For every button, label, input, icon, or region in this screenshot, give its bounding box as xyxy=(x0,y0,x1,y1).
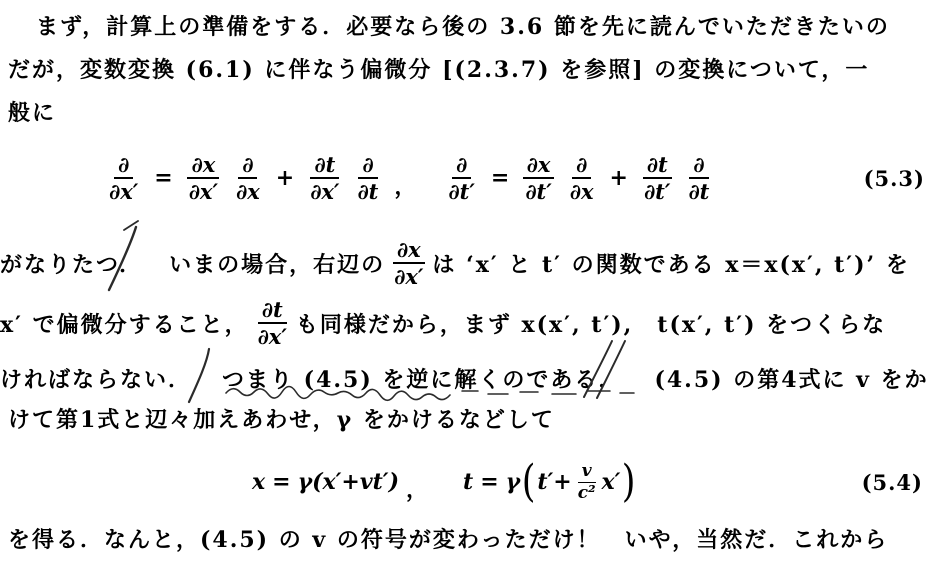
left-parenthesis: ( xyxy=(522,462,536,502)
text-segment: いまの場合，右辺の xyxy=(169,248,385,279)
fraction: ∂∂x′ xyxy=(105,153,142,203)
fraction-numerator: ∂x xyxy=(393,238,425,264)
fraction-denominator: ∂t′ xyxy=(640,179,674,203)
gamma-symbol: γ xyxy=(506,469,521,495)
plus-sign: + xyxy=(610,165,628,191)
fraction: ∂∂t xyxy=(353,153,382,203)
equation-5-3: ∂∂x′ = ∂x∂x′ ∂∂x + ∂t∂x′ ∂∂t ， ∂∂t′ = ∂x… xyxy=(100,142,925,214)
text-segment: ければならない． xyxy=(0,363,192,394)
fraction-denominator: ∂t′ xyxy=(521,179,555,203)
fraction-numerator: ∂x xyxy=(187,153,219,179)
text-segment: x′ で偏微分すること， xyxy=(0,308,249,339)
text-segment: は ‘x′ と t′ の関数である x＝x(x′, t′)’ を xyxy=(432,248,909,279)
pencil-tick-icon xyxy=(124,221,138,230)
fraction: ∂t∂t′ xyxy=(640,153,674,203)
fraction-denominator: c² xyxy=(574,483,600,503)
fraction: ∂x∂x′ xyxy=(390,238,427,288)
text-segment: も同様だから，まず x(x′, t′), t(x′, t′) をつくらな xyxy=(296,308,886,339)
fraction-numerator: ∂ xyxy=(238,153,257,179)
fraction-numerator: ∂x xyxy=(523,153,555,179)
fraction: ∂x∂t′ xyxy=(521,153,555,203)
text-segment: つまり (4.5) を逆に解くのである． xyxy=(222,363,622,394)
fraction: ∂∂t xyxy=(684,153,713,203)
paragraph-line: だが，変数変換 (6.1) に伴なう偏微分 [(2.3.7) を参照] の変換に… xyxy=(8,56,869,85)
fraction: ∂∂t′ xyxy=(444,153,478,203)
paragraph-line: がなりたつ． いまの場合，右辺の ∂x∂x′ は ‘x′ と t′ の関数である… xyxy=(0,234,910,292)
right-parenthesis: ) xyxy=(622,462,636,502)
fraction-numerator: ∂t xyxy=(310,153,339,179)
fraction-numerator: ∂ xyxy=(689,153,708,179)
paragraph-line: まず，計算上の準備をする．必要なら後の 3.6 節を先に読んでいただきたいの xyxy=(36,13,890,42)
equation-number: (5.3) xyxy=(864,166,925,191)
fraction-denominator: ∂x′ xyxy=(306,179,343,203)
text-segment: がなりたつ． xyxy=(0,248,143,279)
fraction-numerator: ∂ xyxy=(114,153,133,179)
paragraph-line: を得る．なんと，(4.5) の v の符号が変わっただけ！ いや，当然だ．これか… xyxy=(8,526,888,555)
math-symbol: x xyxy=(252,469,265,495)
paragraph-line: 般に xyxy=(8,99,56,128)
fraction: vc² xyxy=(574,462,600,502)
fraction-denominator: ∂x′ xyxy=(185,179,222,203)
equals-sign: = xyxy=(272,469,290,495)
fraction-denominator: ∂t xyxy=(353,179,382,203)
fraction-numerator: ∂ xyxy=(572,153,591,179)
fraction: ∂x∂x′ xyxy=(185,153,222,203)
fraction-denominator: ∂x′ xyxy=(105,179,142,203)
equals-sign: = xyxy=(491,165,509,191)
equals-sign: = xyxy=(480,469,498,495)
equation-5-4: x = γ (x′+vt′) ， t = γ ( t′+ vc² x′ ) (5… xyxy=(252,450,923,514)
gamma-symbol: γ xyxy=(298,469,313,495)
fraction-numerator: v xyxy=(578,462,596,483)
fraction-numerator: ∂ xyxy=(452,153,471,179)
paragraph-line: けて第1式と辺々加えあわせ，γ をかけるなどして xyxy=(8,406,555,435)
equation-number: (5.4) xyxy=(862,470,923,495)
comma: ， xyxy=(406,473,428,504)
fraction: ∂∂x xyxy=(232,153,264,203)
fraction-denominator: ∂x′ xyxy=(390,264,427,288)
math-expression: t′+ xyxy=(537,469,571,495)
math-symbol: t xyxy=(463,469,473,495)
equals-sign: = xyxy=(154,165,172,191)
fraction-denominator: ∂t′ xyxy=(444,179,478,203)
scanned-textbook-page: まず，計算上の準備をする．必要なら後の 3.6 節を先に読んでいただきたいの だ… xyxy=(0,0,939,571)
fraction-denominator: ∂t xyxy=(684,179,713,203)
math-expression: (x′+vt′) xyxy=(312,469,399,495)
math-expression: x′ xyxy=(602,469,621,495)
fraction-denominator: ∂x xyxy=(566,179,598,203)
plus-sign: + xyxy=(276,165,294,191)
text-segment: (4.5) の第4式に v をか xyxy=(654,363,928,394)
fraction: ∂∂x xyxy=(566,153,598,203)
fraction-denominator: ∂x′ xyxy=(254,324,291,348)
comma: ， xyxy=(394,170,416,201)
fraction-denominator: ∂x xyxy=(232,179,264,203)
paragraph-line: ければならない． つまり (4.5) を逆に解くのである． (4.5) の第4式… xyxy=(0,356,929,400)
fraction-numerator: ∂t xyxy=(258,298,287,324)
fraction-numerator: ∂ xyxy=(358,153,377,179)
fraction: ∂t∂x′ xyxy=(254,298,291,348)
paragraph-line: x′ で偏微分すること， ∂t∂x′ も同様だから，まず x(x′, t′), … xyxy=(0,294,886,352)
fraction: ∂t∂x′ xyxy=(306,153,343,203)
fraction-numerator: ∂t xyxy=(643,153,672,179)
